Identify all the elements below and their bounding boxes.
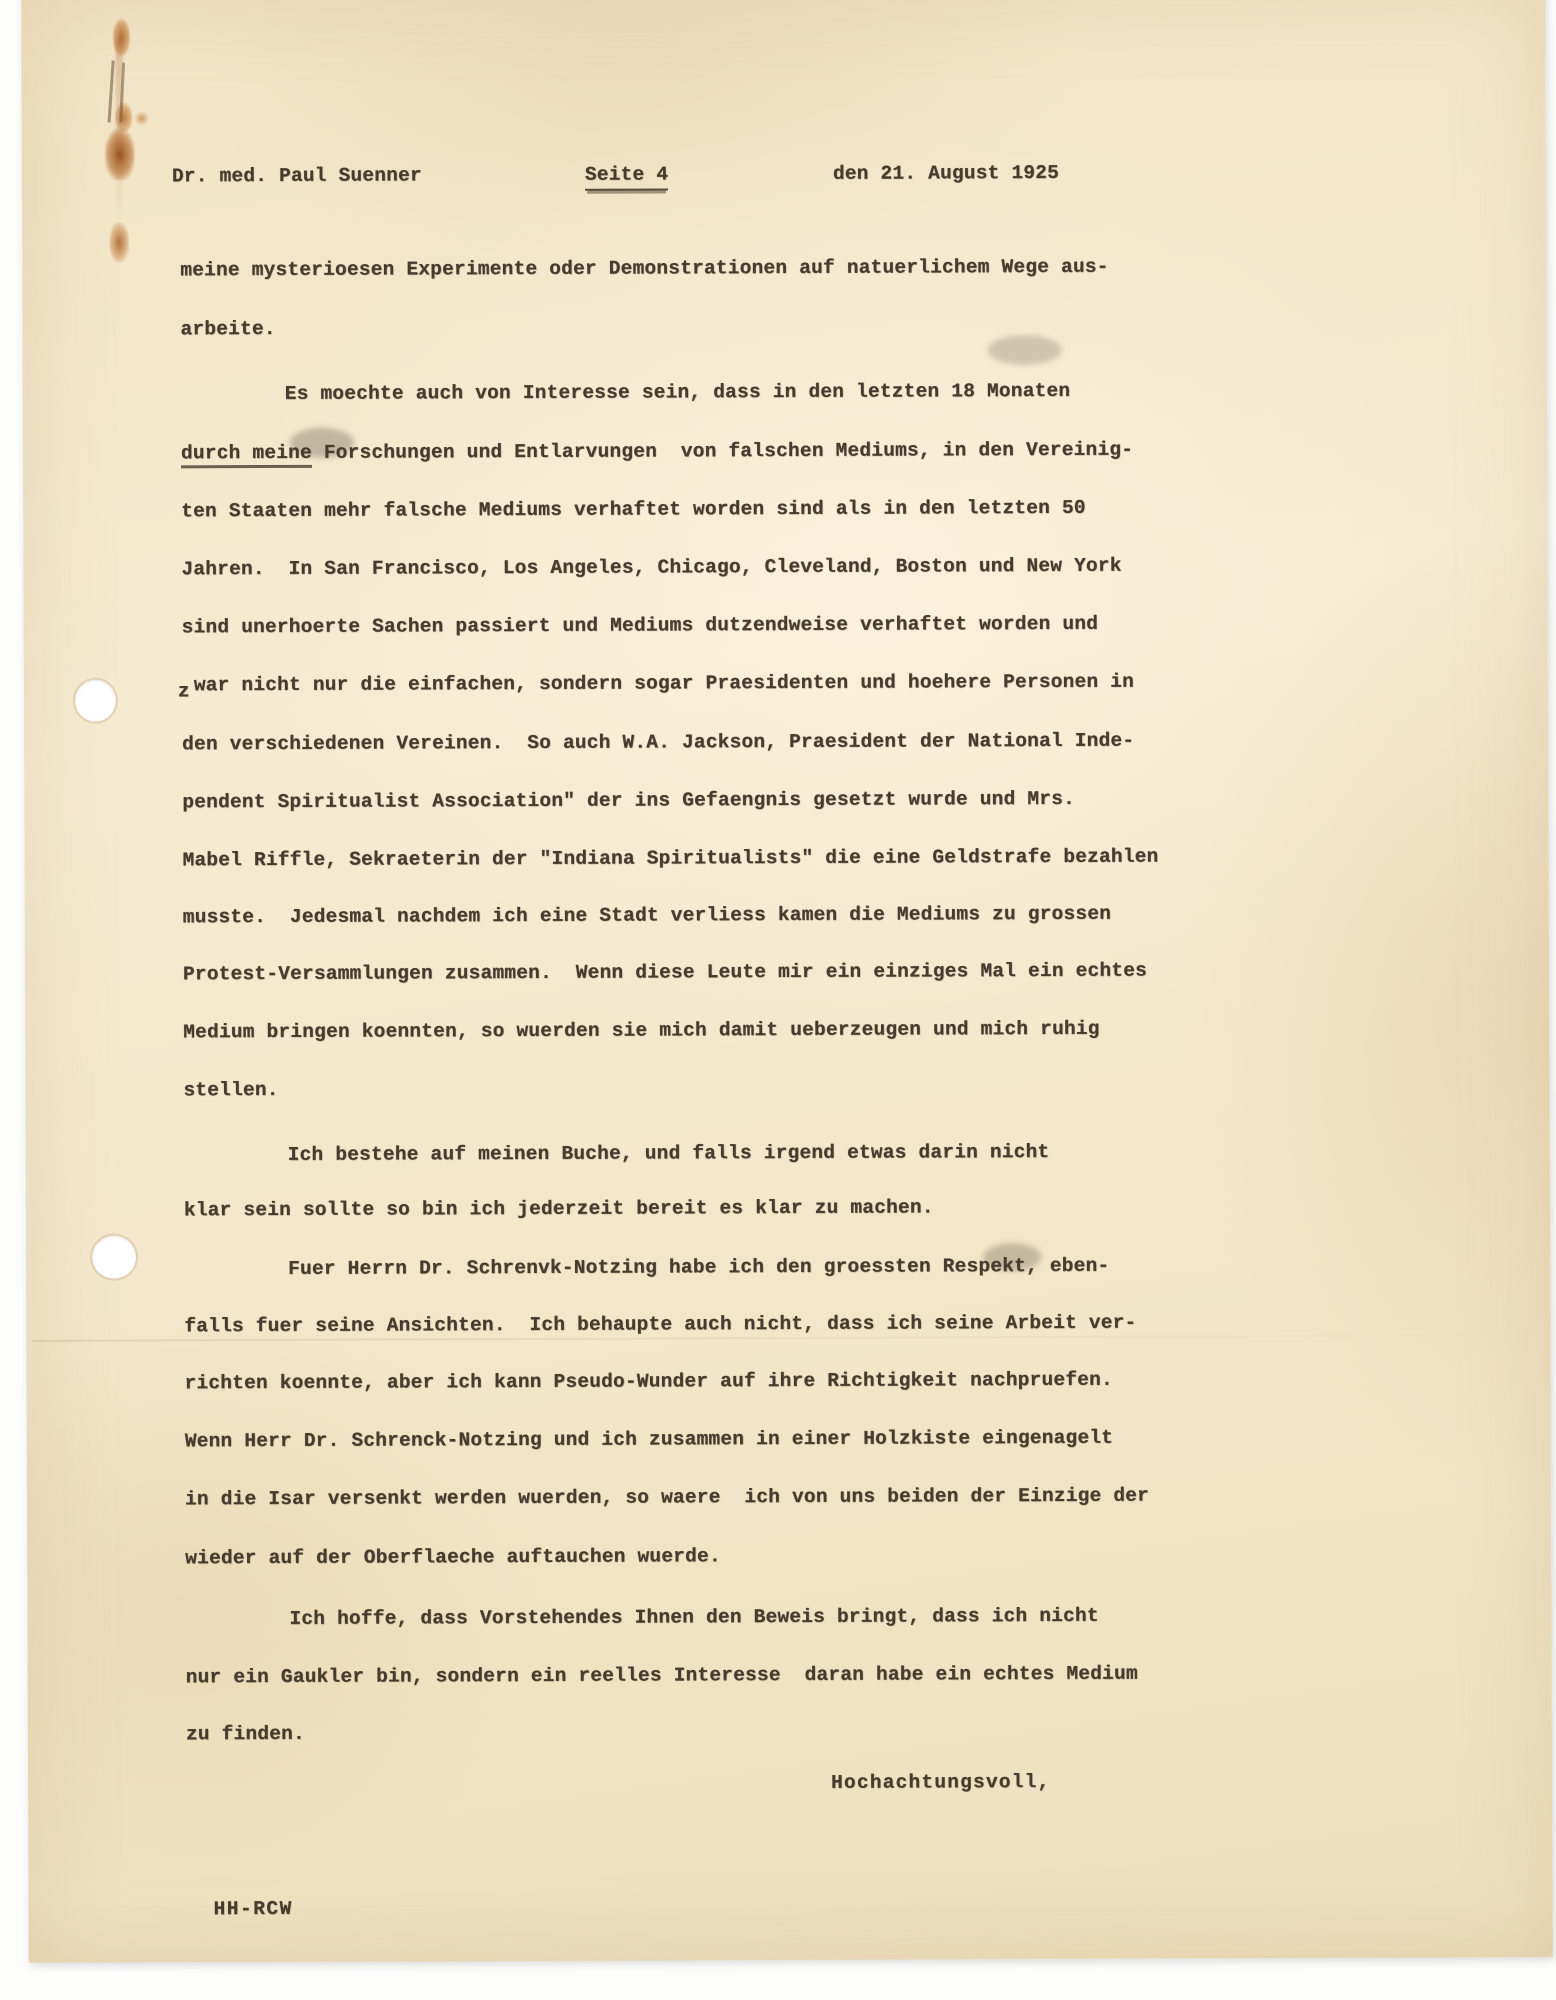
- typed-line: nur ein Gaukler bin, sondern ein reelles…: [186, 1663, 1138, 1689]
- misaligned-character: z: [178, 680, 190, 702]
- typed-line: richten koennte, aber ich kann Pseudo-Wu…: [185, 1369, 1113, 1395]
- typed-line: meine mysterioesen Experimente oder Demo…: [180, 256, 1108, 282]
- letter-body: meine mysterioesen Experimente oder Demo…: [0, 0, 1552, 3]
- typed-line: Fuer Herrn Dr. Schrenvk-Notzing habe ich…: [288, 1255, 1109, 1280]
- typed-line: Jahren. In San Francisco, Los Angeles, C…: [181, 555, 1121, 581]
- pencil-mark: [108, 61, 115, 123]
- document-scan: Dr. med. Paul Suenner Seite 4 den 21. Au…: [0, 0, 1556, 2000]
- typist-initials: HH-RCW: [214, 1898, 293, 1920]
- pencil-mark: [119, 63, 125, 123]
- rust-stain: [112, 19, 130, 57]
- typed-line: zwar nicht nur die einfachen, sondern so…: [182, 671, 1134, 697]
- rust-stain: [135, 110, 149, 126]
- typed-line: Ich bestehe auf meinen Buche, und falls …: [288, 1141, 1050, 1166]
- typed-line: in die Isar versenkt werden wuerden, so …: [185, 1485, 1149, 1511]
- typed-line: Mabel Riffle, Sekraeterin der "Indiana S…: [183, 846, 1159, 872]
- typed-line: musste. Jedesmal nachdem ich eine Stadt …: [183, 903, 1111, 929]
- typed-line: falls fuer seine Ansichten. Ich behaupte…: [184, 1312, 1136, 1338]
- typed-line: klar sein sollte so bin ich jederzeit be…: [184, 1196, 934, 1221]
- typed-line: pendent Spiritualist Association" der in…: [182, 788, 1075, 813]
- rust-stain: [115, 103, 133, 133]
- typed-line: zu finden.: [186, 1723, 305, 1745]
- typed-line: den verschiedenen Vereinen. So auch W.A.…: [182, 730, 1134, 756]
- punch-hole-top: [75, 680, 116, 722]
- ink-smudge: [988, 335, 1062, 365]
- typed-line: stellen.: [183, 1079, 278, 1101]
- typed-line: Medium bringen koennten, so wuerden sie …: [183, 1018, 1100, 1044]
- typed-line: wieder auf der Oberflaeche auftauchen wu…: [185, 1545, 721, 1569]
- rust-drip: [115, 39, 123, 229]
- typed-line: sind unerhoerte Sachen passiert und Medi…: [182, 613, 1099, 639]
- rust-stain: [109, 223, 129, 263]
- page-number-label: Seite 4: [585, 163, 668, 190]
- typed-line: ten Staaten mehr falsche Mediums verhaft…: [181, 497, 1086, 522]
- typed-line: Ich hoffe, dass Vorstehendes Ihnen den B…: [289, 1605, 1098, 1630]
- typed-line: durch meine Forschungen und Entlarvungen…: [181, 439, 1133, 465]
- rust-stain: [105, 128, 135, 180]
- signature-closing: Hochachtungsvoll,: [831, 1771, 1050, 1794]
- letter-date: den 21. August 1925: [833, 162, 1059, 185]
- typed-line: Protest-Versammlungen zusammen. Wenn die…: [183, 960, 1147, 986]
- typed-line: Wenn Herr Dr. Schrenck-Notzing und ich z…: [185, 1427, 1113, 1453]
- typed-line: Es moechte auch von Interesse sein, dass…: [285, 380, 1071, 405]
- letter-content: Dr. med. Paul Suenner Seite 4 den 21. Au…: [0, 0, 1556, 2000]
- underlined-phrase: durch meine: [181, 442, 312, 469]
- typed-line: arbeite.: [180, 318, 275, 340]
- punch-hole-bottom: [92, 1236, 136, 1279]
- letter-author: Dr. med. Paul Suenner: [172, 164, 422, 187]
- letter-page: Dr. med. Paul Suenner Seite 4 den 21. Au…: [21, 0, 1553, 1963]
